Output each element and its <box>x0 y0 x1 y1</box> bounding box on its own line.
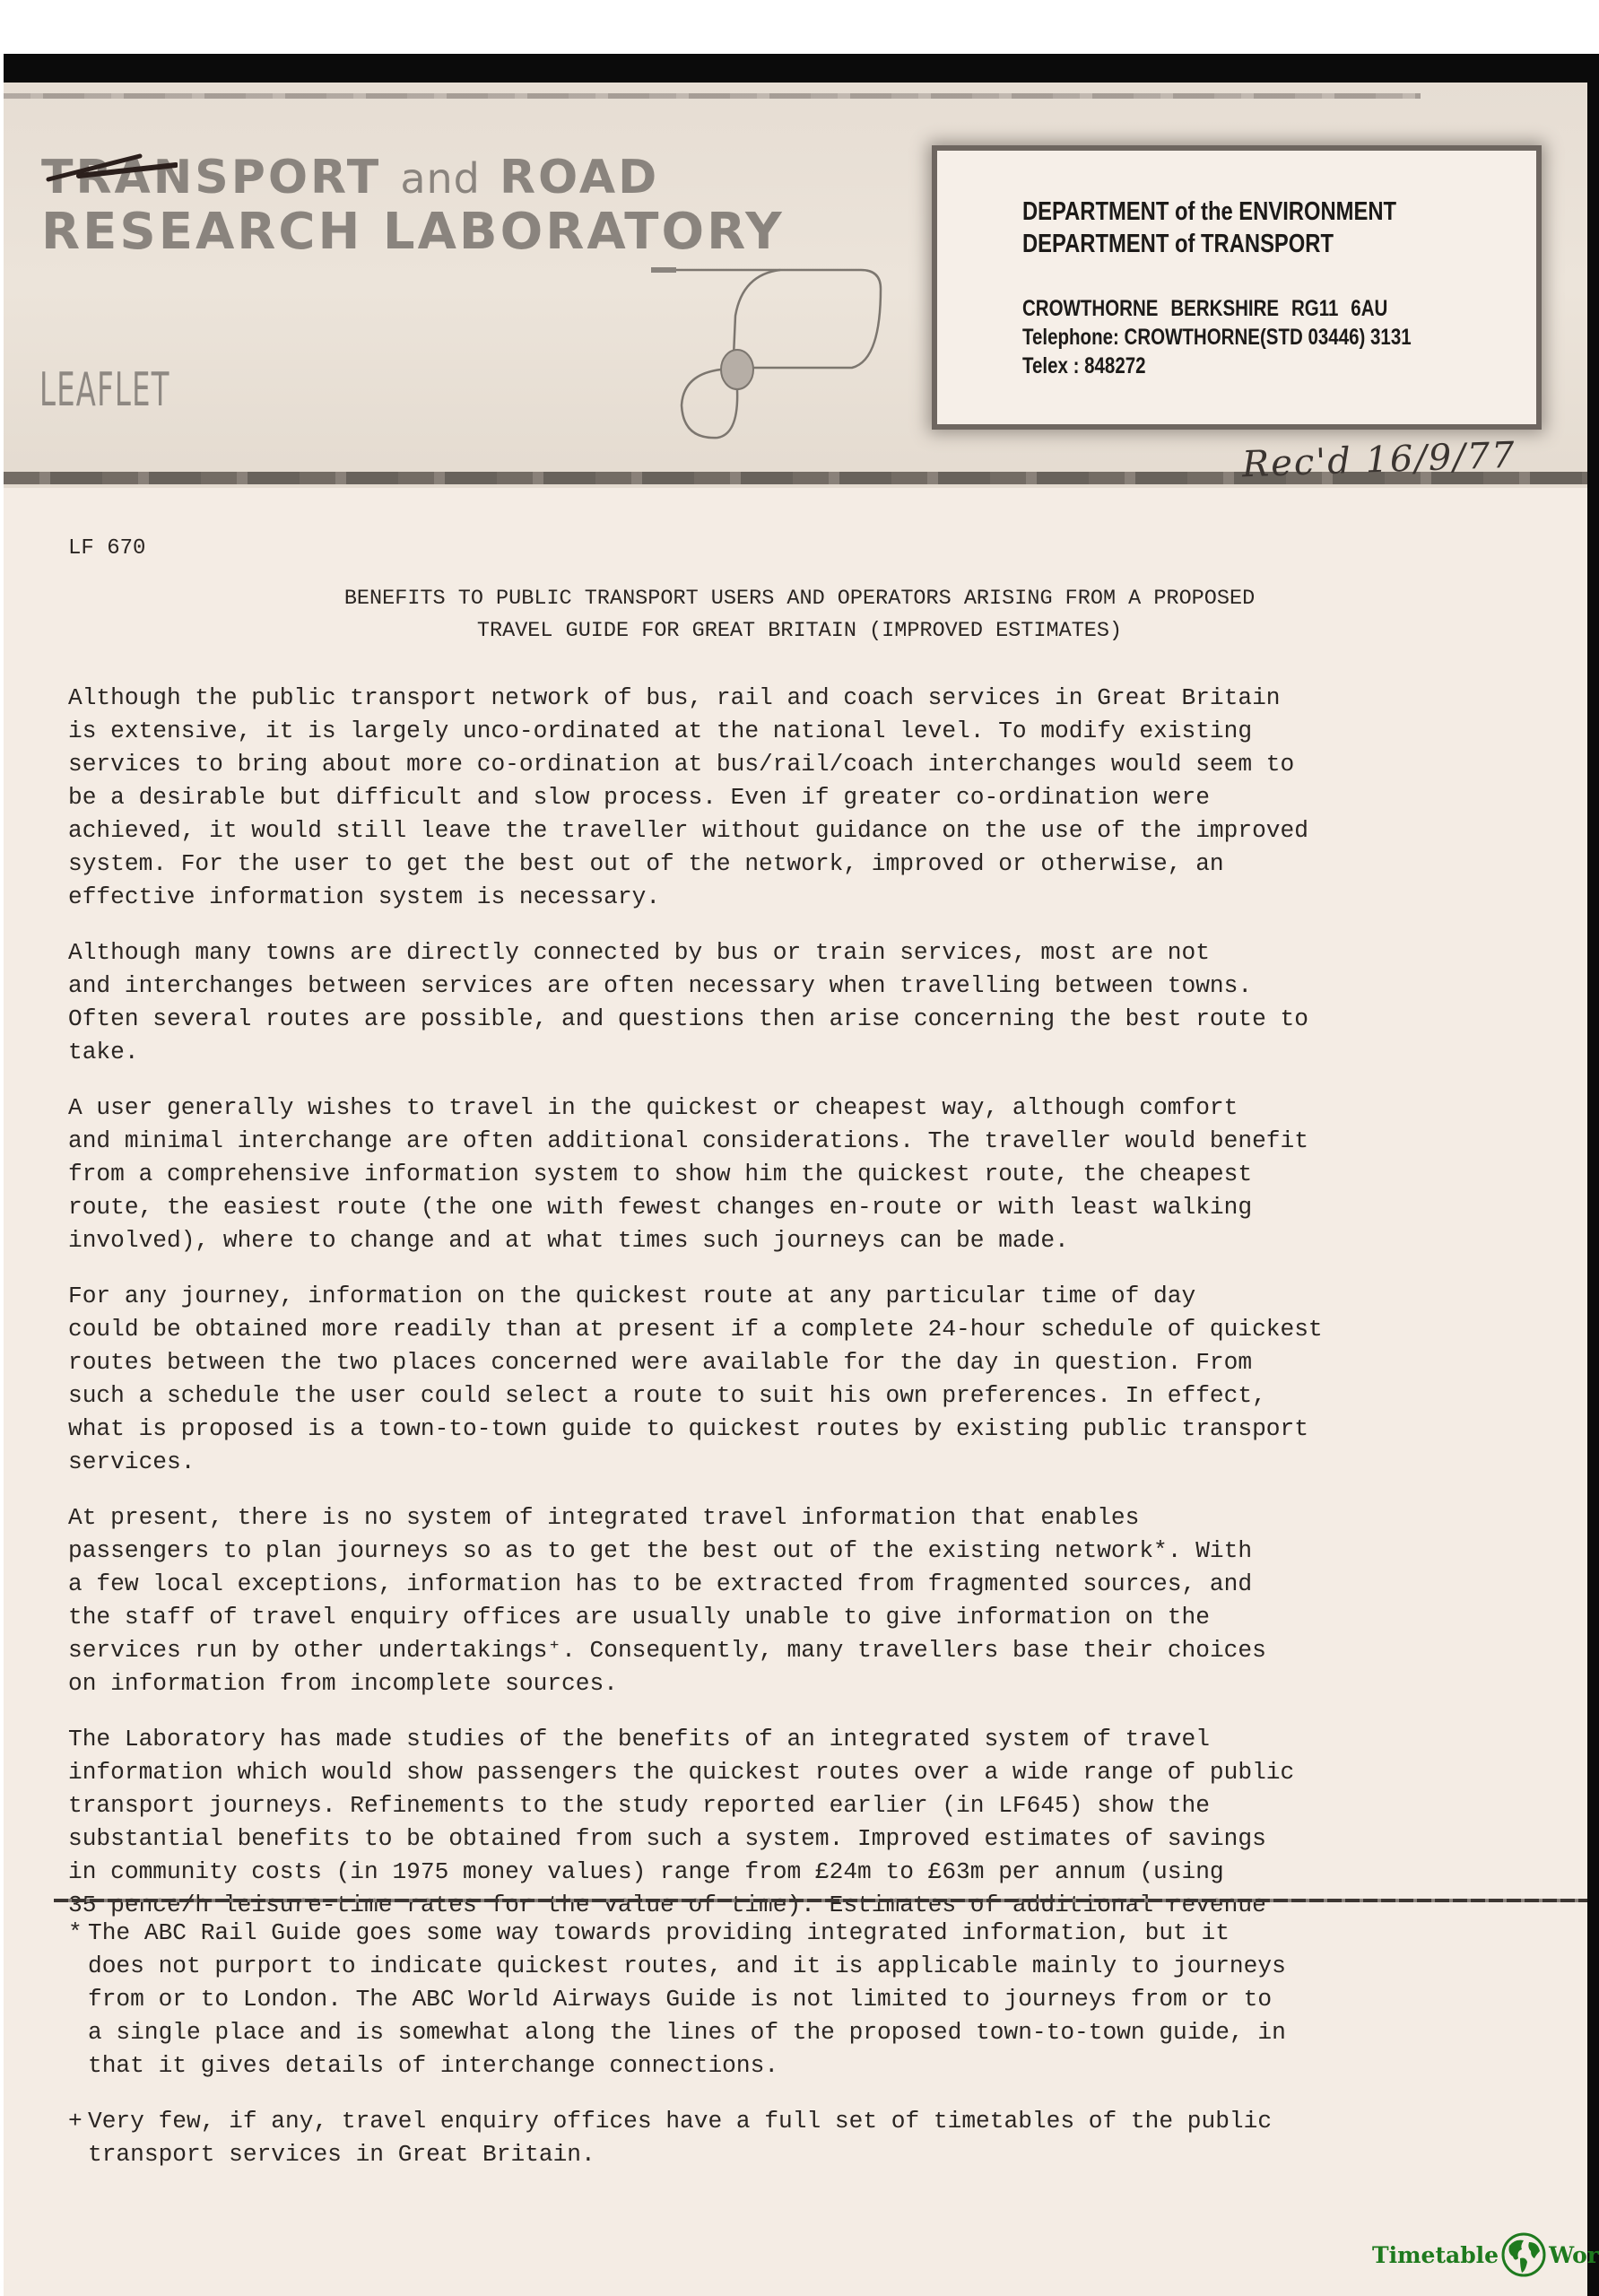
telex: Telex : 848272 <box>1022 353 1146 379</box>
logo-title-line2: RESEARCH LABORATORY <box>41 203 785 261</box>
department-environment: DEPARTMENT of the ENVIRONMENT <box>1022 197 1396 227</box>
body-text: Although the public transport network of… <box>68 682 1557 1944</box>
leaflet-reference: LF 670 <box>68 536 145 561</box>
footnote-mark: + <box>68 2105 88 2171</box>
footnotes: * The ABC Rail Guide goes some way towar… <box>68 1917 1557 2194</box>
handwritten-strike-mark-icon <box>43 152 178 188</box>
department-transport: DEPARTMENT of TRANSPORT <box>1022 230 1334 259</box>
address-box <box>937 151 1536 424</box>
paragraph: At present, there is no system of integr… <box>68 1501 1557 1700</box>
logo-word-road: ROAD <box>500 151 659 204</box>
footnote-divider <box>54 1899 1587 1902</box>
telephone: Telephone: CROWTHORNE(STD 03446) 3131 <box>1022 325 1412 351</box>
footnote-mark: * <box>68 1917 88 2083</box>
timetable-world-watermark: Timetable World <box>1372 2231 1599 2278</box>
paragraph: For any journey, information on the quic… <box>68 1280 1557 1479</box>
paragraph: Although the public transport network of… <box>68 682 1557 914</box>
trrl-loop-logo-icon <box>646 262 888 441</box>
paragraph: A user generally wishes to travel in the… <box>68 1091 1557 1257</box>
postal-address: CROWTHORNE BERKSHIRE RG11 6AU <box>1022 296 1387 322</box>
globe-icon <box>1500 2231 1547 2278</box>
scan-border-right <box>1587 54 1599 2296</box>
scan-border-top <box>4 54 1595 83</box>
footnote-asterisk: * The ABC Rail Guide goes some way towar… <box>68 1917 1557 2083</box>
footnote-text: Very few, if any, travel enquiry offices… <box>88 2105 1272 2171</box>
paragraph: The Laboratory has made studies of the b… <box>68 1723 1557 1922</box>
footnote-text: The ABC Rail Guide goes some way towards… <box>88 1917 1286 2083</box>
letterhead-rule-top <box>4 93 1421 99</box>
leaflet-label: LEAFLET <box>39 363 170 417</box>
paragraph: Although many towns are directly connect… <box>68 936 1557 1069</box>
footnote-plus: + Very few, if any, travel enquiry offic… <box>68 2105 1557 2171</box>
watermark-right-text: World <box>1549 2242 1599 2268</box>
document-title-line2: TRAVEL GUIDE FOR GREAT BRITAIN (IMPROVED… <box>0 619 1599 643</box>
logo-word-and: and <box>400 154 481 203</box>
document-title-line1: BENEFITS TO PUBLIC TRANSPORT USERS AND O… <box>0 587 1599 611</box>
watermark-left-text: Timetable <box>1372 2242 1499 2268</box>
